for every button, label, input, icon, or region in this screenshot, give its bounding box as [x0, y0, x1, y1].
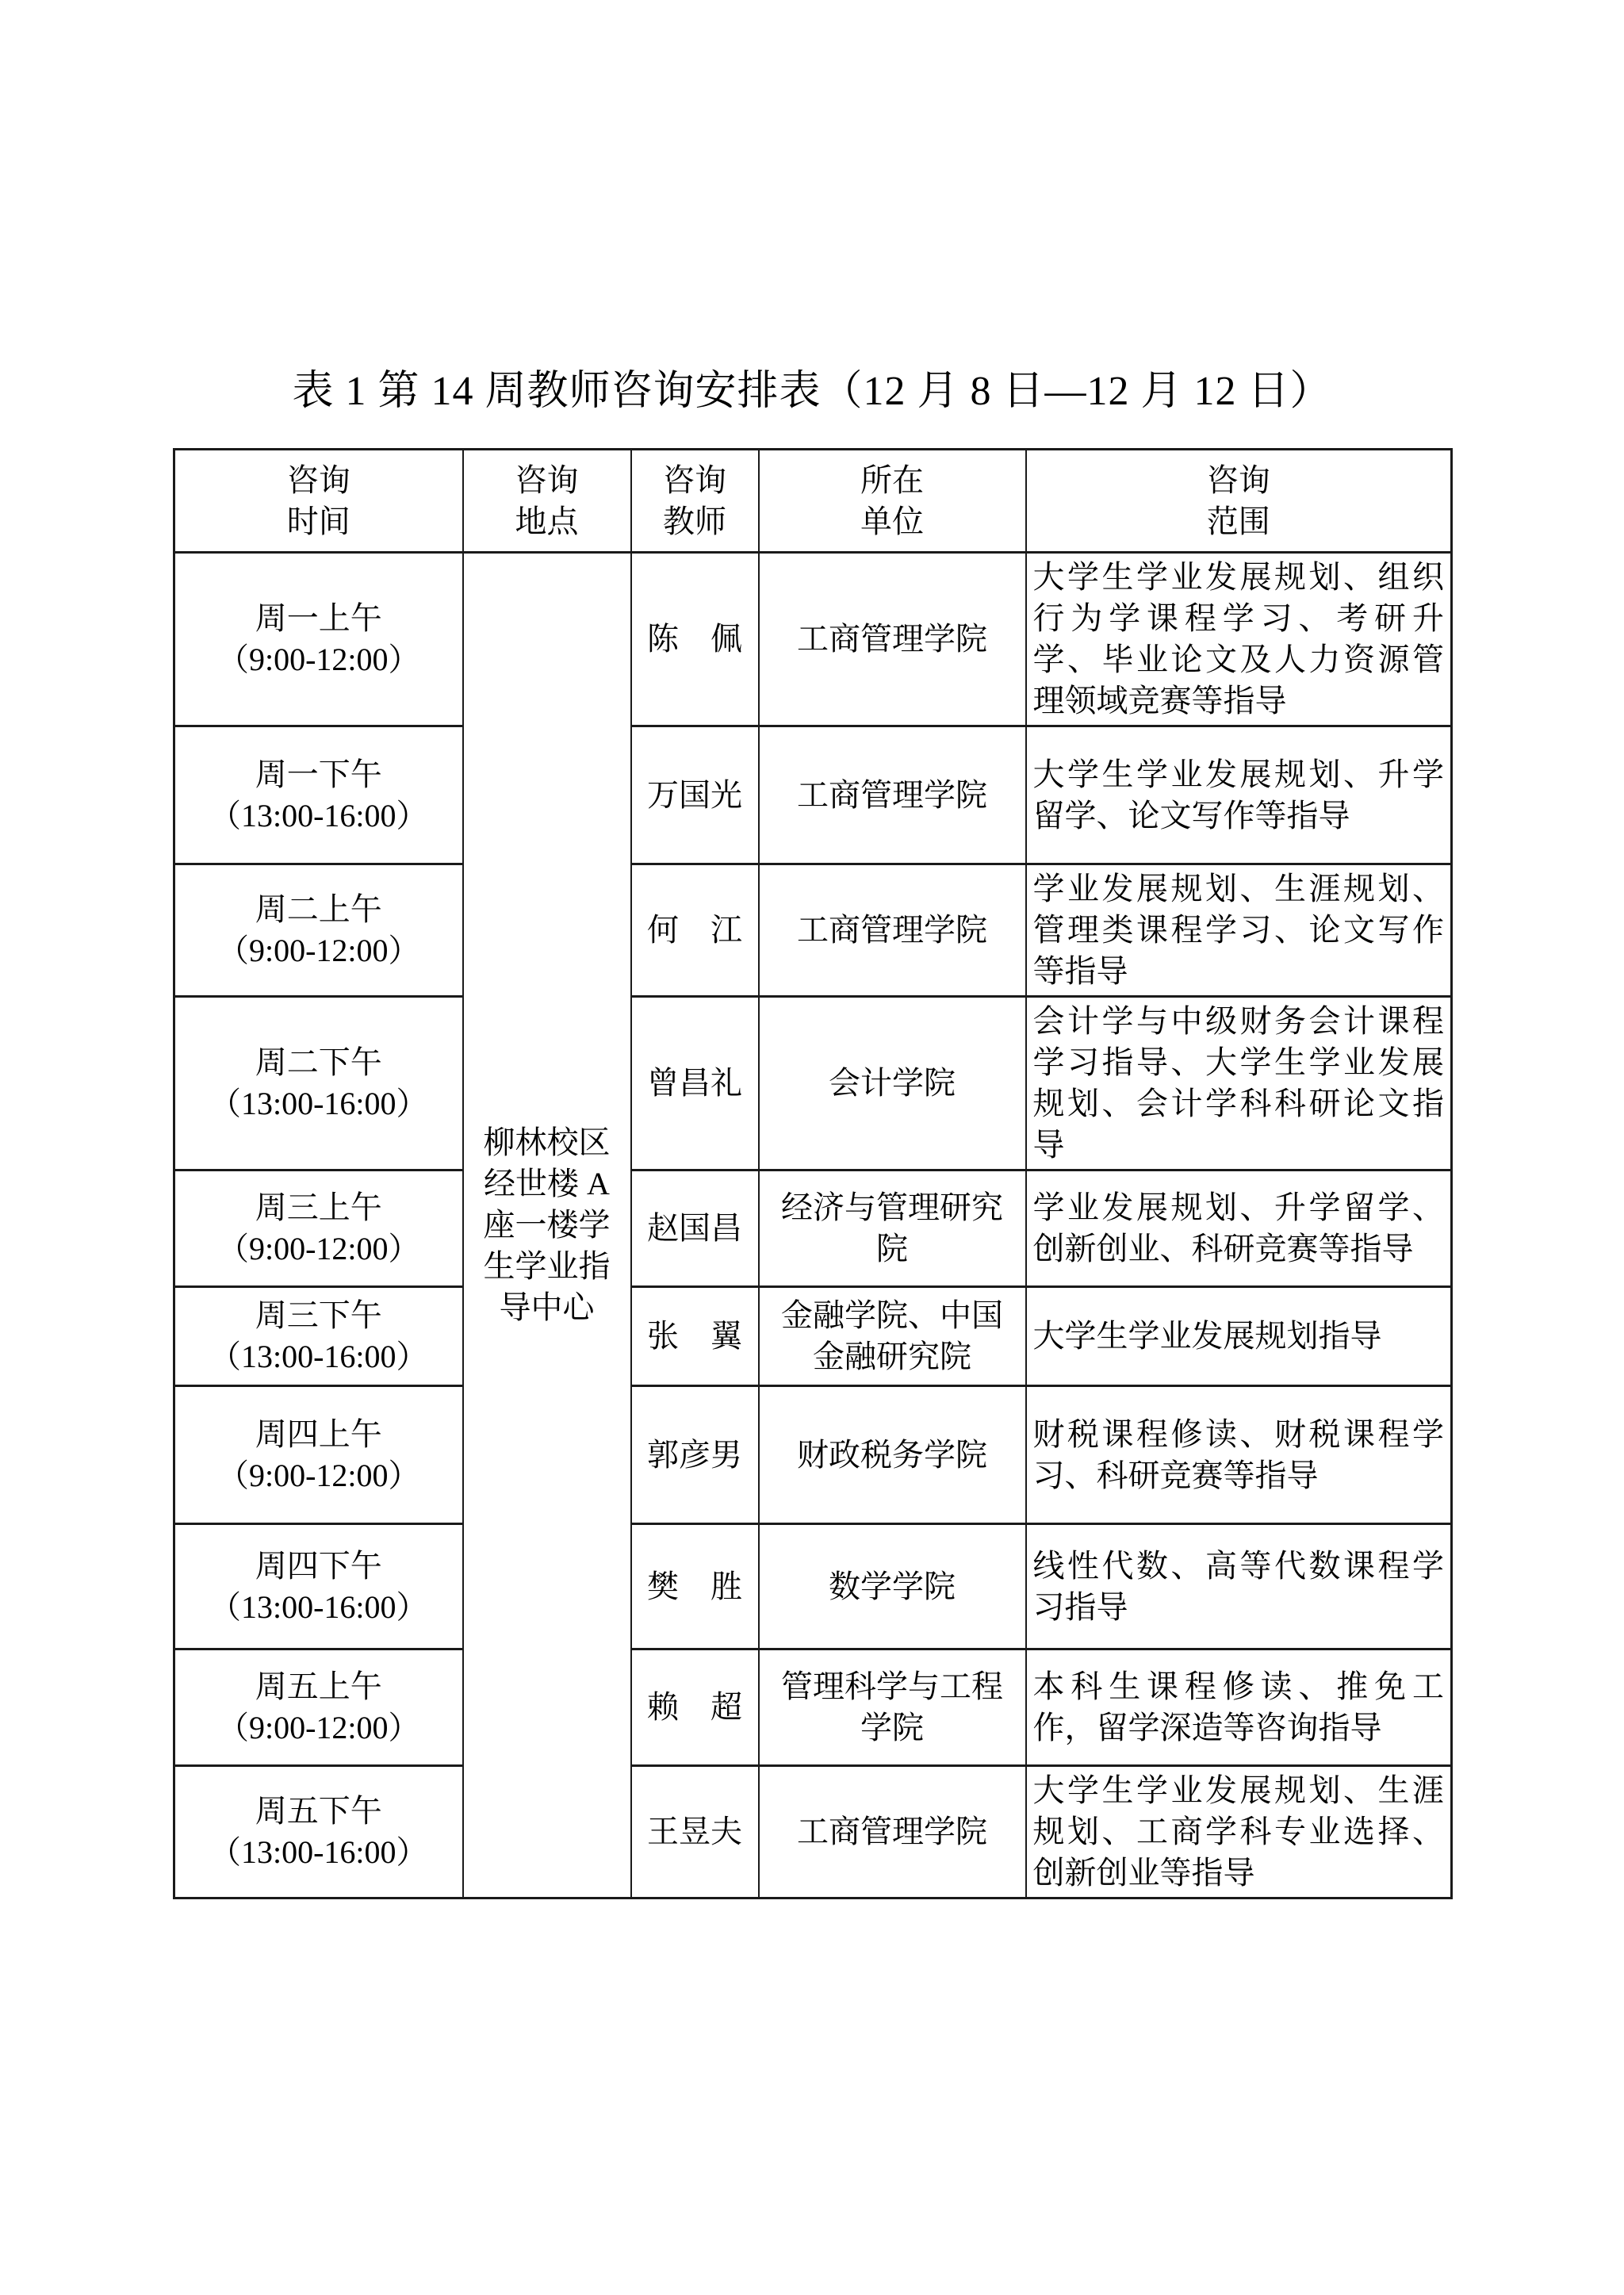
time-cell: 周五下午 （13:00-16:00） — [174, 1766, 463, 1898]
scope-cell: 大学生学业发展规划、生涯规划、工商学科专业选择、创新创业等指导 — [1026, 1766, 1452, 1898]
header-cell-scope: 咨询 范围 — [1026, 450, 1452, 553]
time-cell: 周三上午 （9:00-12:00） — [174, 1170, 463, 1287]
unit-cell: 金融学院、中国 金融研究院 — [759, 1287, 1026, 1386]
location-cell: 柳林校区 经世楼 A 座一楼学 生学业指 导中心 — [463, 553, 631, 1898]
unit-cell: 工商管理学院 — [759, 553, 1026, 726]
table-row: 周一上午 （9:00-12:00） 柳林校区 经世楼 A 座一楼学 生学业指 导… — [174, 553, 1452, 726]
scope-cell: 本科生课程修读、推免工作，留学深造等咨询指导 — [1026, 1649, 1452, 1766]
table-row: 周二下午 （13:00-16:00） 曾昌礼 会计学院 会计学与中级财务会计课程… — [174, 997, 1452, 1170]
table-row: 周一下午 （13:00-16:00） 万国光 工商管理学院 大学生学业发展规划、… — [174, 726, 1452, 864]
unit-cell: 经济与管理研究 院 — [759, 1170, 1026, 1287]
table-row: 周三上午 （9:00-12:00） 赵国昌 经济与管理研究 院 学业发展规划、升… — [174, 1170, 1452, 1287]
scope-cell: 大学生学业发展规划、组织行为学课程学习、考研升学、毕业论文及人力资源管理领域竞赛… — [1026, 553, 1452, 726]
scope-cell: 大学生学业发展规划指导 — [1026, 1287, 1452, 1386]
time-cell: 周二上午 （9:00-12:00） — [174, 864, 463, 997]
unit-cell: 工商管理学院 — [759, 1766, 1026, 1898]
scope-cell: 大学生学业发展规划、升学留学、论文写作等指导 — [1026, 726, 1452, 864]
consultation-schedule-table: 咨询 时间 咨询 地点 咨询 教师 所在 单位 咨询 范围 周一上午 （9:00… — [173, 448, 1453, 1899]
header-row: 咨询 时间 咨询 地点 咨询 教师 所在 单位 咨询 范围 — [174, 450, 1452, 553]
table-row: 周二上午 （9:00-12:00） 何 江 工商管理学院 学业发展规划、生涯规划… — [174, 864, 1452, 997]
teacher-cell: 樊 胜 — [631, 1524, 759, 1649]
teacher-cell: 何 江 — [631, 864, 759, 997]
time-cell: 周三下午 （13:00-16:00） — [174, 1287, 463, 1386]
teacher-cell: 曾昌礼 — [631, 997, 759, 1170]
time-cell: 周四上午 （9:00-12:00） — [174, 1386, 463, 1524]
teacher-cell: 万国光 — [631, 726, 759, 864]
unit-cell: 财政税务学院 — [759, 1386, 1026, 1524]
scope-cell: 学业发展规划、升学留学、创新创业、科研竞赛等指导 — [1026, 1170, 1452, 1287]
unit-cell: 数学学院 — [759, 1524, 1026, 1649]
teacher-cell: 郭彦男 — [631, 1386, 759, 1524]
scope-cell: 线性代数、高等代数课程学习指导 — [1026, 1524, 1452, 1649]
header-cell-time: 咨询 时间 — [174, 450, 463, 553]
unit-cell: 工商管理学院 — [759, 864, 1026, 997]
unit-cell: 会计学院 — [759, 997, 1026, 1170]
scope-cell: 会计学与中级财务会计课程学习指导、大学生学业发展规划、会计学科科研论文指导 — [1026, 997, 1452, 1170]
scope-cell: 学业发展规划、生涯规划、管理类课程学习、论文写作等指导 — [1026, 864, 1452, 997]
teacher-cell: 王昱夫 — [631, 1766, 759, 1898]
table-row: 周三下午 （13:00-16:00） 张 翼 金融学院、中国 金融研究院 大学生… — [174, 1287, 1452, 1386]
teacher-cell: 赖 超 — [631, 1649, 759, 1766]
time-cell: 周四下午 （13:00-16:00） — [174, 1524, 463, 1649]
unit-cell: 管理科学与工程 学院 — [759, 1649, 1026, 1766]
header-cell-teacher: 咨询 教师 — [631, 450, 759, 553]
table-row: 周四上午 （9:00-12:00） 郭彦男 财政税务学院 财税课程修读、财税课程… — [174, 1386, 1452, 1524]
page-title: 表 1 第 14 周教师咨询安排表（12 月 8 日—12 月 12 日） — [0, 366, 1624, 417]
teacher-cell: 陈 佩 — [631, 553, 759, 726]
unit-cell: 工商管理学院 — [759, 726, 1026, 864]
time-cell: 周一上午 （9:00-12:00） — [174, 553, 463, 726]
header-cell-unit: 所在 单位 — [759, 450, 1026, 553]
teacher-cell: 赵国昌 — [631, 1170, 759, 1287]
table-row: 周四下午 （13:00-16:00） 樊 胜 数学学院 线性代数、高等代数课程学… — [174, 1524, 1452, 1649]
time-cell: 周一下午 （13:00-16:00） — [174, 726, 463, 864]
table-row: 周五下午 （13:00-16:00） 王昱夫 工商管理学院 大学生学业发展规划、… — [174, 1766, 1452, 1898]
time-cell: 周五上午 （9:00-12:00） — [174, 1649, 463, 1766]
header-cell-location: 咨询 地点 — [463, 450, 631, 553]
time-cell: 周二下午 （13:00-16:00） — [174, 997, 463, 1170]
table-row: 周五上午 （9:00-12:00） 赖 超 管理科学与工程 学院 本科生课程修读… — [174, 1649, 1452, 1766]
scope-cell: 财税课程修读、财税课程学习、科研竞赛等指导 — [1026, 1386, 1452, 1524]
teacher-cell: 张 翼 — [631, 1287, 759, 1386]
